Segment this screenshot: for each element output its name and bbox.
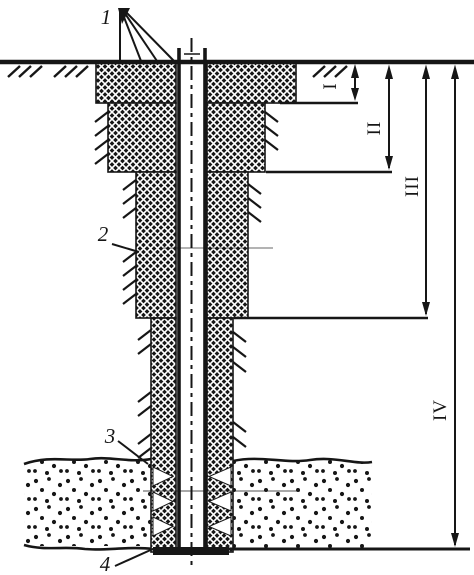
callout-2-leader: [112, 244, 139, 252]
well-casing-diagram: 1 2 3 4 I II III IV: [0, 0, 474, 575]
callout-1-leaders: [118, 8, 174, 61]
interval-label-II: II: [364, 121, 385, 136]
wall-hatch-left-2: [123, 180, 136, 218]
ground-hatch-right: [313, 66, 347, 77]
callout-3-label: 3: [104, 424, 116, 448]
wall-hatch-right-2: [248, 184, 261, 222]
formation-right-fill: [233, 459, 372, 549]
conductor-casing-right: [207, 63, 296, 103]
callout-4-label: 4: [100, 552, 111, 575]
intermediate-casing-right: [207, 172, 248, 318]
wall-hatch-right-1: [265, 112, 278, 150]
wall-hatch-left-4: [138, 330, 151, 458]
dimension-arrow-level4: [451, 65, 459, 548]
interval-label-IV: IV: [430, 399, 451, 421]
dimension-arrow-level2: [385, 65, 393, 171]
diagram-canvas: 1 2 3 4 I II III IV: [0, 0, 474, 575]
ground-hatch-left: [8, 66, 88, 77]
wall-hatch-left-1: [95, 112, 108, 164]
interval-label-III: III: [402, 175, 423, 197]
formation-left-fill: [24, 458, 151, 546]
conductor-casing-left: [96, 63, 176, 103]
callout-4-leader: [115, 548, 155, 566]
wall-hatch-left-3: [123, 252, 136, 304]
callout-2-label: 2: [98, 222, 109, 246]
dimension-arrow-level3: [422, 65, 430, 317]
production-casing-right: [207, 318, 233, 552]
production-casing-left: [151, 318, 176, 552]
surface-casing-right: [207, 103, 265, 172]
surface-casing-left: [108, 103, 176, 172]
productive-formation: [24, 458, 372, 549]
interval-label-I: I: [320, 82, 341, 89]
intermediate-casing-left: [136, 172, 176, 318]
callout-1-label: 1: [101, 5, 112, 29]
wall-hatch-right-3: [233, 332, 246, 447]
dimension-arrow-level1: [351, 64, 359, 101]
